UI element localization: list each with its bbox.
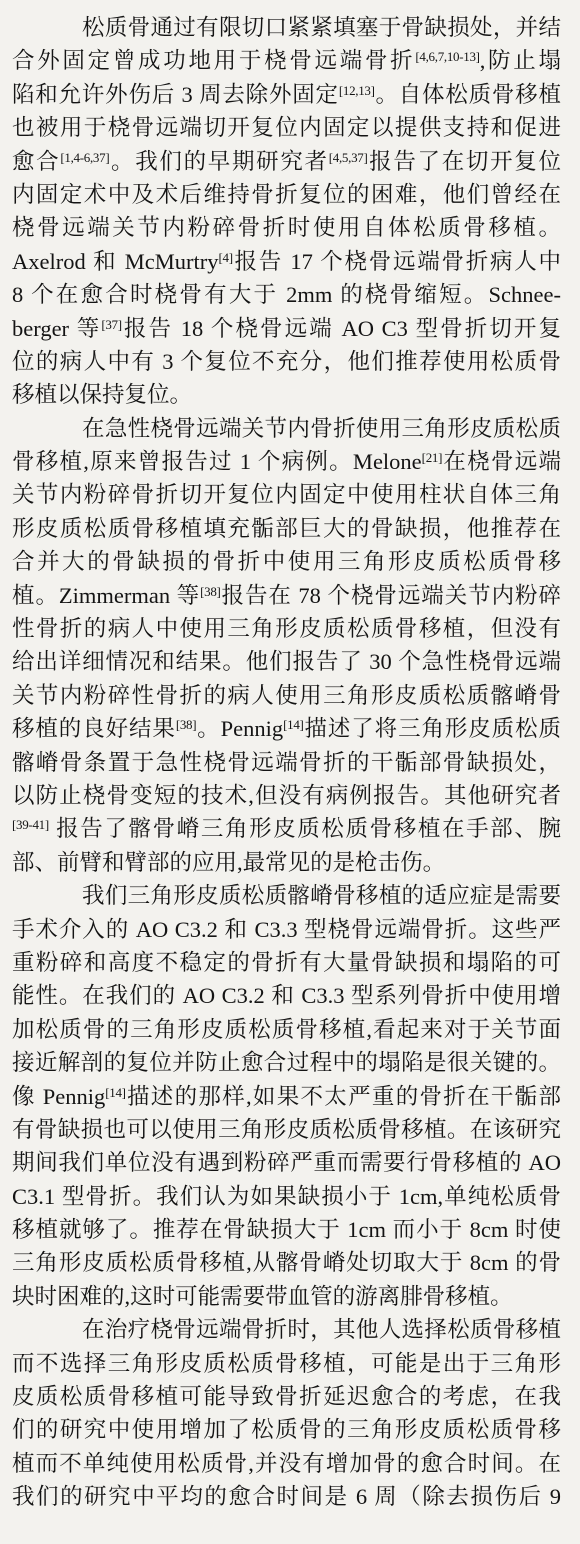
text-line: 块时困难的,这时可能需要带血管的游离腓骨移植。 <box>12 1280 561 1313</box>
text-run: 松质骨通过有限切口紧紧填塞于骨缺损处，并结 <box>82 15 561 40</box>
text-line: 内固定术中及术后维持骨折复位的困难，他们曾经在 <box>12 178 561 211</box>
text-run: 在急性桡骨远端关节内骨折使用三角形皮质松质 <box>82 416 561 441</box>
text-line: 手术介入的 AO C3.2 和 C3.3 型桡骨远端骨折。这些严 <box>12 913 561 946</box>
text-run: C3.1 型骨折。我们认为如果缺损小于 1cm,单纯松质骨 <box>12 1184 561 1209</box>
text-line: 桡骨远端关节内粉碎骨折时使用自体松质骨移植。 <box>12 211 561 244</box>
text-line: 植而不单纯使用松质骨,并没有增加骨的愈合时间。在 <box>12 1447 561 1480</box>
text-line: 合外固定曾成功地用于桡骨远端骨折[4,6,7,10-13],防止塌 <box>12 44 561 77</box>
text-run: 手术介入的 AO C3.2 和 C3.3 型桡骨远端骨折。这些严 <box>12 917 561 942</box>
text-line: 皮质松质骨移植可能导致骨折延迟愈合的考虑，在我 <box>12 1380 561 1413</box>
text-line: 而不选择三角形皮质松质骨移植，可能是出于三角形 <box>12 1347 561 1380</box>
text-run: 报告 17 个桡骨远端骨折病人中 <box>233 249 561 274</box>
citation-superscript: [37] <box>101 317 121 332</box>
paragraph: 我们三角形皮质松质髂嵴骨移植的适应症是需要手术介入的 AO C3.2 和 C3.… <box>12 879 561 1313</box>
text-run: 性骨折的病人中使用三角形皮质松质骨移植，但没有 <box>12 616 561 641</box>
text-run: 能性。在我们的 AO C3.2 和 C3.3 型系列骨折中使用增 <box>12 983 561 1008</box>
text-run: 们的研究中使用增加了松质骨的三角形皮质松质骨移 <box>12 1417 561 1442</box>
text-line: 在治疗桡骨远端骨折时，其他人选择松质骨移植 <box>12 1313 561 1346</box>
text-line: 们的研究中使用增加了松质骨的三角形皮质松质骨移 <box>12 1413 561 1446</box>
text-line: berger 等[37]报告 18 个桡骨远端 AO C3 型骨折切开复 <box>12 312 561 345</box>
text-line: 我们三角形皮质松质髂嵴骨移植的适应症是需要 <box>12 879 561 912</box>
text-line: 部、前臂和臂部的应用,最常见的是枪击伤。 <box>12 846 561 879</box>
text-line: 位的病人中有 3 个复位不充分，他们推荐使用松质骨 <box>12 345 561 378</box>
text-line: 我们的研究中平均的愈合时间是 6 周（除去损伤后 9 <box>12 1480 561 1513</box>
text-run: 我们的研究中平均的愈合时间是 6 周（除去损伤后 9 <box>12 1484 561 1509</box>
text-run: 。Pennig <box>196 716 283 741</box>
text-run: 描述了将三角形皮质松质 <box>304 716 561 741</box>
text-line: 性骨折的病人中使用三角形皮质松质骨移植，但没有 <box>12 612 561 645</box>
text-run: 期间我们单位没有遇到粉碎严重而需要行骨移植的 AO <box>12 1150 561 1175</box>
citation-superscript: [12,13] <box>339 83 375 98</box>
text-run: 移植的良好结果 <box>12 716 176 741</box>
text-run: 骨移植,原来曾报告过 1 个病例。Melone <box>12 449 422 474</box>
text-line: 关节内粉碎骨折切开复位内固定中使用柱状自体三角 <box>12 478 561 511</box>
paragraph: 在治疗桡骨远端骨折时，其他人选择松质骨移植而不选择三角形皮质松质骨移植，可能是出… <box>12 1313 561 1513</box>
text-line: 陷和允许外伤后 3 周去除外固定[12,13]。自体松质骨移植 <box>12 78 561 111</box>
paragraph: 松质骨通过有限切口紧紧填塞于骨缺损处，并结合外固定曾成功地用于桡骨远端骨折[4,… <box>12 11 561 412</box>
text-run: 内固定术中及术后维持骨折复位的困难，他们曾经在 <box>12 182 561 207</box>
text-run: 植而不单纯使用松质骨,并没有增加骨的愈合时间。在 <box>12 1451 561 1476</box>
text-run: 有骨缺损也可以使用三角形皮质松质骨移植。在该研究 <box>12 1117 561 1142</box>
citation-superscript: [1,4-6,37] <box>60 150 109 165</box>
citation-superscript: [38] <box>200 584 220 599</box>
text-run: 报告了髂骨嵴三角形皮质松质骨移植在手部、腕 <box>49 816 561 841</box>
text-line: C3.1 型骨折。我们认为如果缺损小于 1cm,单纯松质骨 <box>12 1180 561 1213</box>
text-run: 也被用于桡骨远端切开复位内固定以提供支持和促进 <box>12 115 561 140</box>
text-run: 移植就够了。推荐在骨缺损大于 1cm 而小于 8cm 时使用 <box>12 1217 561 1246</box>
text-run: 加松质骨的三角形皮质松质骨移植,看起来对于关节面 <box>12 1017 561 1042</box>
document-body: 松质骨通过有限切口紧紧填塞于骨缺损处，并结合外固定曾成功地用于桡骨远端骨折[4,… <box>12 11 561 1514</box>
text-run: 报告 18 个桡骨远端 AO C3 型骨折切开复 <box>122 316 561 341</box>
text-run: 在桡骨远端 <box>442 449 561 474</box>
text-run: 报告了在切开复位 <box>368 149 561 174</box>
text-run: 部、前臂和臂部的应用,最常见的是枪击伤。 <box>12 850 445 875</box>
text-run: 以防止桡骨变短的技术,但没有病例报告。其他研究者 <box>12 783 561 808</box>
text-line: 骨移植,原来曾报告过 1 个病例。Melone[21]在桡骨远端 <box>12 445 561 478</box>
citation-superscript: [14] <box>105 1085 125 1100</box>
text-line: 给出详细情况和结果。他们报告了 30 个急性桡骨远端 <box>12 645 561 678</box>
text-run: 关节内粉碎性骨折的病人使用三角形皮质松质髂嵴骨 <box>12 683 561 708</box>
text-line: 髂嵴骨条置于急性桡骨远端骨折的干骺部骨缺损处， <box>12 746 561 779</box>
text-line: 合并大的骨缺损的骨折中使用三角形皮质松质骨移 <box>12 545 561 578</box>
text-line: 重粉碎和高度不稳定的骨折有大量骨缺损和塌陷的可 <box>12 946 561 979</box>
text-line: 植。Zimmerman 等[38]报告在 78 个桡骨远端关节内粉碎 <box>12 579 561 612</box>
text-run: 而不选择三角形皮质松质骨移植，可能是出于三角形 <box>12 1351 561 1376</box>
citation-superscript: [21] <box>422 450 442 465</box>
text-line: 期间我们单位没有遇到粉碎严重而需要行骨移植的 AO <box>12 1146 561 1179</box>
text-run: 像 Pennig <box>12 1084 105 1109</box>
citation-superscript: [4,6,7,10-13] <box>415 49 479 64</box>
text-run: 我们三角形皮质松质髂嵴骨移植的适应症是需要 <box>82 883 561 908</box>
text-run: 移植以保持复位。 <box>12 382 192 407</box>
text-line: [39-41] 报告了髂骨嵴三角形皮质松质骨移植在手部、腕 <box>12 812 561 845</box>
text-line: 在急性桡骨远端关节内骨折使用三角形皮质松质 <box>12 412 561 445</box>
paragraph: 在急性桡骨远端关节内骨折使用三角形皮质松质骨移植,原来曾报告过 1 个病例。Me… <box>12 412 561 879</box>
text-run: 愈合 <box>12 149 60 174</box>
text-run: 在治疗桡骨远端骨折时，其他人选择松质骨移植 <box>82 1317 561 1342</box>
text-run: 给出详细情况和结果。他们报告了 30 个急性桡骨远端 <box>12 649 561 674</box>
text-line: 加松质骨的三角形皮质松质骨移植,看起来对于关节面 <box>12 1013 561 1046</box>
text-run: 。自体松质骨移植 <box>375 82 561 107</box>
text-line: 移植就够了。推荐在骨缺损大于 1cm 而小于 8cm 时使用 <box>12 1213 561 1246</box>
text-line: 关节内粉碎性骨折的病人使用三角形皮质松质髂嵴骨 <box>12 679 561 712</box>
text-run: 描述的那样,如果不太严重的骨折在干骺部 <box>126 1084 561 1109</box>
text-run: 8 个在愈合时桡骨有大于 2mm 的桡骨缩短。Schnee- <box>12 282 561 307</box>
citation-superscript: [38] <box>176 717 196 732</box>
document-page: 松质骨通过有限切口紧紧填塞于骨缺损处，并结合外固定曾成功地用于桡骨远端骨折[4,… <box>0 0 580 1544</box>
text-line: 8 个在愈合时桡骨有大于 2mm 的桡骨缩短。Schnee- <box>12 278 561 311</box>
text-run: 形皮质松质骨移植填充骺部巨大的骨缺损，他推荐在 <box>12 516 561 541</box>
text-run: 合外固定曾成功地用于桡骨远端骨折 <box>12 48 415 73</box>
text-line: 三角形皮质松质骨移植,从髂骨嵴处切取大于 8cm 的骨 <box>12 1246 561 1279</box>
text-run: 陷和允许外伤后 3 周去除外固定 <box>12 82 339 107</box>
text-line: 松质骨通过有限切口紧紧填塞于骨缺损处，并结 <box>12 11 561 44</box>
text-line: 有骨缺损也可以使用三角形皮质松质骨移植。在该研究 <box>12 1113 561 1146</box>
text-run: 植。Zimmerman 等 <box>12 583 200 608</box>
text-line: 移植的良好结果[38]。Pennig[14]描述了将三角形皮质松质 <box>12 712 561 745</box>
text-run: 位的病人中有 3 个复位不充分，他们推荐使用松质骨 <box>12 349 561 374</box>
text-line: 接近解剖的复位并防止愈合过程中的塌陷是很关键的。 <box>12 1046 561 1079</box>
citation-superscript: [4] <box>218 250 232 265</box>
text-run: 报告在 78 个桡骨远端关节内粉碎 <box>221 583 561 608</box>
citation-superscript: [4,5,37] <box>329 150 368 165</box>
text-run: 。我们的早期研究者 <box>109 149 328 174</box>
text-run: ,防止塌 <box>480 48 561 73</box>
text-line: 像 Pennig[14]描述的那样,如果不太严重的骨折在干骺部 <box>12 1080 561 1113</box>
text-line: 愈合[1,4-6,37]。我们的早期研究者[4,5,37]报告了在切开复位 <box>12 145 561 178</box>
text-run: 关节内粉碎骨折切开复位内固定中使用柱状自体三角 <box>12 482 561 507</box>
text-run: 接近解剖的复位并防止愈合过程中的塌陷是很关键的。 <box>12 1050 561 1075</box>
text-run: berger 等 <box>12 316 101 341</box>
text-run: 重粉碎和高度不稳定的骨折有大量骨缺损和塌陷的可 <box>12 950 561 975</box>
text-line: 也被用于桡骨远端切开复位内固定以提供支持和促进 <box>12 111 561 144</box>
text-run: 桡骨远端关节内粉碎骨折时使用自体松质骨移植。 <box>12 215 561 240</box>
text-line: 以防止桡骨变短的技术,但没有病例报告。其他研究者 <box>12 779 561 812</box>
citation-superscript: [14] <box>283 717 303 732</box>
text-run: 髂嵴骨条置于急性桡骨远端骨折的干骺部骨缺损处， <box>12 750 561 775</box>
text-run: 三角形皮质松质骨移植,从髂骨嵴处切取大于 8cm 的骨 <box>12 1250 561 1275</box>
citation-superscript: [39-41] <box>12 817 49 832</box>
text-run: 合并大的骨缺损的骨折中使用三角形皮质松质骨移 <box>12 549 561 574</box>
text-line: 形皮质松质骨移植填充骺部巨大的骨缺损，他推荐在 <box>12 512 561 545</box>
text-run: 皮质松质骨移植可能导致骨折延迟愈合的考虑，在我 <box>12 1384 561 1409</box>
text-line: 移植以保持复位。 <box>12 378 561 411</box>
text-line: 能性。在我们的 AO C3.2 和 C3.3 型系列骨折中使用增 <box>12 979 561 1012</box>
text-run: Axelrod 和 McMurtry <box>12 249 218 274</box>
text-line: Axelrod 和 McMurtry[4]报告 17 个桡骨远端骨折病人中 <box>12 245 561 278</box>
text-run: 块时困难的,这时可能需要带血管的游离腓骨移植。 <box>12 1284 513 1309</box>
